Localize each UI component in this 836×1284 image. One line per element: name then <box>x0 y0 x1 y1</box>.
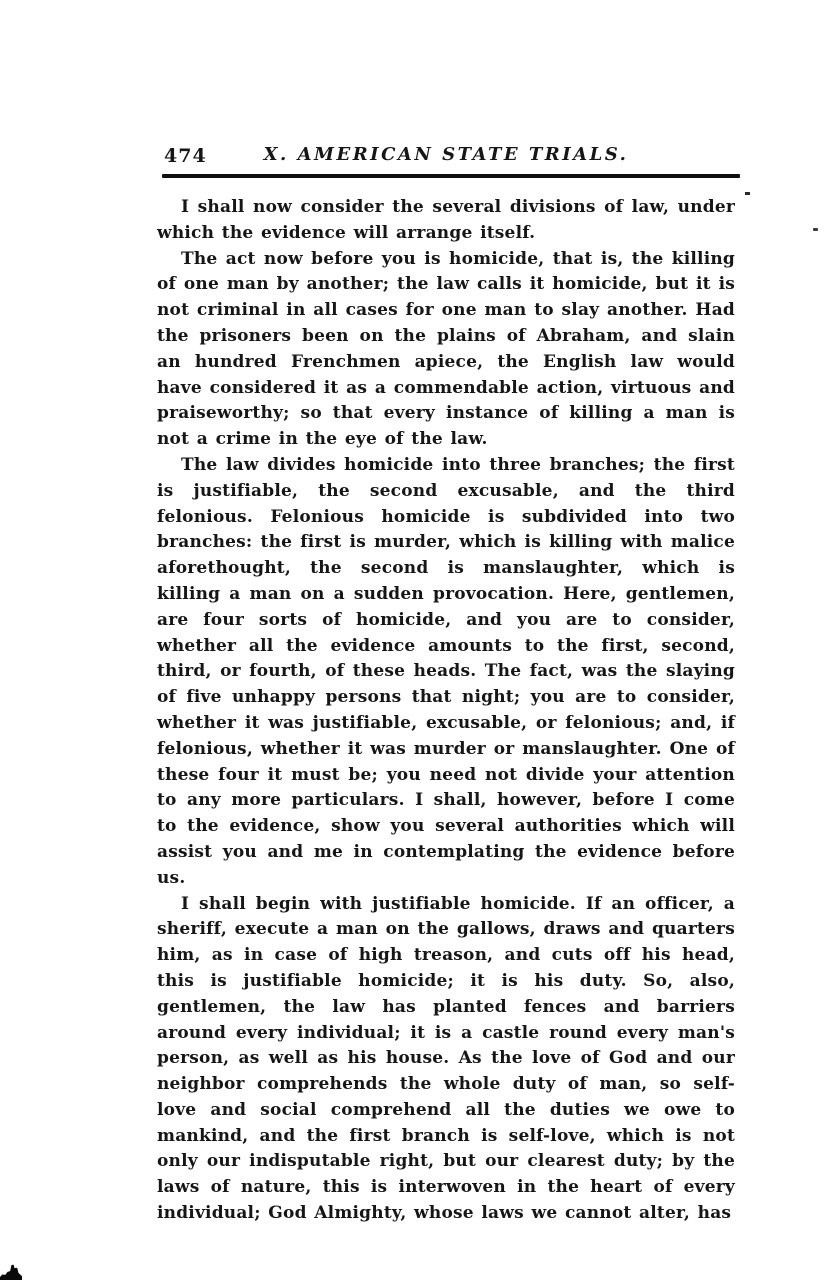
ink-blot <box>0 1263 22 1280</box>
book-page: 474 X. AMERICAN STATE TRIALS. I shall no… <box>157 144 735 1227</box>
running-title: X. AMERICAN STATE TRIALS. <box>157 144 735 165</box>
paragraph: The law divides homicide into three bran… <box>157 453 735 892</box>
header-rule-tick <box>745 192 750 195</box>
header-rule <box>162 174 740 178</box>
scan-speck <box>813 228 818 231</box>
paragraph: I shall now consider the several divisio… <box>157 195 735 247</box>
page-header: 474 X. AMERICAN STATE TRIALS. <box>157 144 735 178</box>
page-body-text: I shall now consider the several divisio… <box>157 195 735 1227</box>
paragraph: I shall begin with justifiable homicide.… <box>157 892 735 1227</box>
paragraph: The act now before you is homicide, that… <box>157 247 735 453</box>
